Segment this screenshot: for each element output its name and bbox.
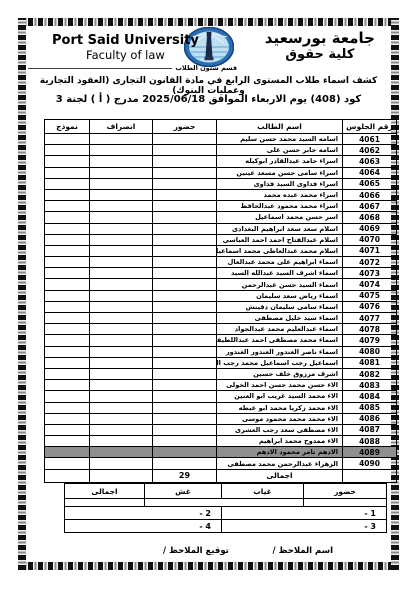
student-name-cell: اسراء حامد عبدالقادر ابوكيله xyxy=(217,156,343,167)
form-cell xyxy=(45,436,90,447)
departure-cell xyxy=(90,145,153,156)
student-name-cell: اسراء محمد عبده محمد xyxy=(217,189,343,200)
summary-header: حضور غياب غش اجمالى xyxy=(65,484,387,499)
departure-cell xyxy=(90,324,153,335)
student-name-cell: الاء ممدوح محمد ابراهيم xyxy=(217,436,343,447)
summary-table: حضور غياب غش اجمالى 1 - 2 - 3 - 4 - xyxy=(64,483,387,533)
total-row: اجمالى 29 xyxy=(45,469,397,482)
student-row: 4089الادهم تامر محمود الادهم xyxy=(45,447,397,458)
summary-col-attendance: حضور xyxy=(304,484,387,499)
form-cell xyxy=(45,391,90,402)
summary-empty-row xyxy=(65,499,387,507)
departure-cell xyxy=(90,368,153,379)
departure-cell xyxy=(90,212,153,223)
departure-cell xyxy=(90,402,153,413)
departure-cell xyxy=(90,380,153,391)
total-label: اجمالى xyxy=(217,469,343,482)
departure-cell xyxy=(90,357,153,368)
university-title-en: Port Said University xyxy=(52,33,199,48)
seat-number-cell: 4064 xyxy=(343,167,397,178)
form-cell xyxy=(45,424,90,435)
exam-session-info: كود (408) يوم الاربعاء الموافق 2025/06/1… xyxy=(24,94,393,105)
student-row: 4080اسماء ناصر الغندور الغندور الغندور xyxy=(45,346,397,357)
form-cell xyxy=(45,313,90,324)
col-form: نموذج xyxy=(45,120,90,134)
sheet-title: كشف اسماء طلاب المستوى الرابع في مادة ال… xyxy=(24,76,393,96)
total-form-cell xyxy=(45,469,90,482)
attendance-cell xyxy=(153,458,217,469)
form-cell xyxy=(45,178,90,189)
summary-total-value xyxy=(65,499,145,507)
summary-middle-value xyxy=(145,499,304,507)
department-divider: قسم شئون الطلاب xyxy=(28,64,240,72)
numbered-line-2: 2 - xyxy=(65,507,222,520)
form-cell xyxy=(45,223,90,234)
university-name-arabic: جامعة بورسعيد كلية حقوق xyxy=(265,29,375,63)
attendance-cell xyxy=(153,189,217,200)
departure-cell xyxy=(90,391,153,402)
form-cell xyxy=(45,234,90,245)
form-cell xyxy=(45,156,90,167)
university-title-ar: جامعة بورسعيد xyxy=(265,29,375,47)
student-row: 4061اسامه السيد محمد حسن سليم xyxy=(45,134,397,145)
student-row: 4087الاء مصطفى سعد رجب العشرى xyxy=(45,424,397,435)
departure-cell xyxy=(90,245,153,256)
student-row: 4064اسراء سامى حسن مسعد عينين xyxy=(45,167,397,178)
col-attendance: حضور xyxy=(153,120,217,134)
student-row: 4086الاء محمد محمد محمود موسى xyxy=(45,413,397,424)
departure-cell xyxy=(90,458,153,469)
attendance-sheet-page: جامعة بورسعيد كلية حقوق Port Said Univer… xyxy=(0,0,417,589)
seat-number-cell: 4079 xyxy=(343,335,397,346)
form-cell xyxy=(45,290,90,301)
form-cell xyxy=(45,402,90,413)
numbered-line-row: 3 - 4 - xyxy=(65,520,387,533)
form-cell xyxy=(45,346,90,357)
student-name-cell: الادهم تامر محمود الادهم xyxy=(217,447,343,458)
student-name-cell: اسلام عبدالفتاح احمد احمد العباسى xyxy=(217,234,343,245)
student-row: 4082اشرف مرزوق خلف حسين xyxy=(45,368,397,379)
attendance-cell xyxy=(153,324,217,335)
form-cell xyxy=(45,268,90,279)
seat-number-cell: 4082 xyxy=(343,368,397,379)
student-row: 4090الزهراء عبدالرحمن محمد مصطفى xyxy=(45,458,397,469)
departure-cell xyxy=(90,234,153,245)
student-row: 4070اسلام عبدالفتاح احمد احمد العباسى xyxy=(45,234,397,245)
form-cell xyxy=(45,357,90,368)
student-row: 4083الاء حسن محمد حسن احمد الخولى xyxy=(45,380,397,391)
seat-number-cell: 4069 xyxy=(343,223,397,234)
student-row: 4066اسراء محمد عبده محمد xyxy=(45,189,397,200)
attendance-cell xyxy=(153,391,217,402)
student-row: 4081اسماعيل رجب اسماعيل محمد رجب الزيات xyxy=(45,357,397,368)
attendance-cell xyxy=(153,223,217,234)
seat-number-cell: 4083 xyxy=(343,380,397,391)
departure-cell xyxy=(90,201,153,212)
numbered-line-row: 1 - 2 - xyxy=(65,507,387,520)
summary-col-total: اجمالى xyxy=(65,484,145,499)
student-row: 4077اسماء سيد خليل مصطفى xyxy=(45,313,397,324)
form-cell xyxy=(45,189,90,200)
departure-cell xyxy=(90,257,153,268)
student-name-cell: اسماء اشرف السيد عبدالله السيد xyxy=(217,268,343,279)
attendance-cell xyxy=(153,436,217,447)
summary-col-cheating: غش xyxy=(145,484,222,499)
faculty-title-ar: كلية حقوق xyxy=(265,47,375,63)
student-name-cell: الاء محمد السيد غريب ابو العنين xyxy=(217,391,343,402)
attendance-cell xyxy=(153,313,217,324)
students-table-header: رقم الجلوس اسم الطالب حضور انصراف نموذج xyxy=(45,120,397,134)
col-departure: انصراف xyxy=(90,120,153,134)
seat-number-cell: 4065 xyxy=(343,178,397,189)
departure-cell xyxy=(90,346,153,357)
attendance-cell xyxy=(153,134,217,145)
col-seat-number: رقم الجلوس xyxy=(343,120,397,134)
seat-number-cell: 4071 xyxy=(343,245,397,256)
student-name-cell: اسماء عبدالعليم محمد عبدالجواد xyxy=(217,324,343,335)
department-label: قسم شئون الطلاب xyxy=(172,64,240,72)
student-name-cell: اسماء رياض سعد سليمان xyxy=(217,290,343,301)
departure-cell xyxy=(90,189,153,200)
form-cell xyxy=(45,212,90,223)
seat-number-cell: 4076 xyxy=(343,301,397,312)
form-cell xyxy=(45,458,90,469)
seat-number-cell: 4072 xyxy=(343,257,397,268)
divider-line xyxy=(28,68,172,69)
student-name-cell: اسماء السيد حسن عبدالرحمن xyxy=(217,279,343,290)
student-row: 4067اسراء محمد محمود عبدالحافظ xyxy=(45,201,397,212)
attendance-cell xyxy=(153,447,217,458)
student-name-cell: اسلام محمد عبدالعاطى محمد اسماعيل xyxy=(217,245,343,256)
form-cell xyxy=(45,257,90,268)
attendance-cell xyxy=(153,402,217,413)
faculty-title-en: Faculty of law xyxy=(52,48,199,62)
student-row: 4076اسماء سامى سليمان دقينش xyxy=(45,301,397,312)
attendance-cell xyxy=(153,290,217,301)
student-row: 4069اسلام سعد سعد ابراهيم البغدادى xyxy=(45,223,397,234)
student-name-cell: اسراء سامى حسن مسعد عينين xyxy=(217,167,343,178)
attendance-cell xyxy=(153,279,217,290)
student-row: 4071اسلام محمد عبدالعاطى محمد اسماعيل xyxy=(45,245,397,256)
student-name-cell: اسماء ابراهيم على محمد عبدالعال xyxy=(217,257,343,268)
seat-number-cell: 4085 xyxy=(343,402,397,413)
departure-cell xyxy=(90,424,153,435)
form-cell xyxy=(45,167,90,178)
student-name-cell: الاء حسن محمد حسن احمد الخولى xyxy=(217,380,343,391)
departure-cell xyxy=(90,313,153,324)
student-name-cell: اسماء ناصر الغندور الغندور الغندور xyxy=(217,346,343,357)
student-name-cell: الاء محمد محمد محمود موسى xyxy=(217,413,343,424)
seat-number-cell: 4089 xyxy=(343,447,397,458)
student-row: 4079اسماء محمد مصطفى احمد عبداللطيف xyxy=(45,335,397,346)
student-row: 4072اسماء ابراهيم على محمد عبدالعال xyxy=(45,257,397,268)
university-name-english: Port Said University Faculty of law xyxy=(52,33,199,62)
student-row: 4084الاء محمد السيد غريب ابو العنين xyxy=(45,391,397,402)
observer-signature-label: توقيع الملاحظ / xyxy=(163,546,229,556)
student-name-cell: الاء محمد زكريا محمد ابو عيطه xyxy=(217,402,343,413)
total-seat-cell xyxy=(343,469,397,482)
attendance-cell xyxy=(153,245,217,256)
attendance-cell xyxy=(153,346,217,357)
form-cell xyxy=(45,324,90,335)
departure-cell xyxy=(90,167,153,178)
student-name-cell: اسامه السيد محمد حسن سليم xyxy=(217,134,343,145)
attendance-cell xyxy=(153,424,217,435)
student-row: 4085الاء محمد زكريا محمد ابو عيطه xyxy=(45,402,397,413)
departure-cell xyxy=(90,223,153,234)
total-attendance-count: 29 xyxy=(153,469,217,482)
seat-number-cell: 4067 xyxy=(343,201,397,212)
departure-cell xyxy=(90,447,153,458)
attendance-cell xyxy=(153,167,217,178)
attendance-cell xyxy=(153,357,217,368)
form-cell xyxy=(45,134,90,145)
attendance-cell xyxy=(153,368,217,379)
frame-border-top xyxy=(18,18,399,26)
form-cell xyxy=(45,201,90,212)
numbered-line-3: 3 - xyxy=(222,520,387,533)
departure-cell xyxy=(90,413,153,424)
seat-number-cell: 4078 xyxy=(343,324,397,335)
student-name-cell: اسماء سيد خليل مصطفى xyxy=(217,313,343,324)
attendance-cell xyxy=(153,380,217,391)
form-cell xyxy=(45,368,90,379)
attendance-cell xyxy=(153,212,217,223)
attendance-cell xyxy=(153,413,217,424)
student-name-cell: الزهراء عبدالرحمن محمد مصطفى xyxy=(217,458,343,469)
seat-number-cell: 4061 xyxy=(343,134,397,145)
student-row: 4074اسماء السيد حسن عبدالرحمن xyxy=(45,279,397,290)
attendance-cell xyxy=(153,335,217,346)
seat-number-cell: 4090 xyxy=(343,458,397,469)
departure-cell xyxy=(90,436,153,447)
student-row: 4068اسر حسن محمد اسماعيل xyxy=(45,212,397,223)
summary-attendance-value xyxy=(304,499,387,507)
seat-number-cell: 4080 xyxy=(343,346,397,357)
seat-number-cell: 4062 xyxy=(343,145,397,156)
departure-cell xyxy=(90,335,153,346)
student-row: 4073اسماء اشرف السيد عبدالله السيد xyxy=(45,268,397,279)
form-cell xyxy=(45,245,90,256)
seat-number-cell: 4087 xyxy=(343,424,397,435)
departure-cell xyxy=(90,301,153,312)
seat-number-cell: 4088 xyxy=(343,436,397,447)
student-name-cell: اسماء محمد مصطفى احمد عبداللطيف xyxy=(217,335,343,346)
student-name-cell: اسلام سعد سعد ابراهيم البغدادى xyxy=(217,223,343,234)
seat-number-cell: 4070 xyxy=(343,234,397,245)
seat-number-cell: 4073 xyxy=(343,268,397,279)
seat-number-cell: 4084 xyxy=(343,391,397,402)
seat-number-cell: 4075 xyxy=(343,290,397,301)
departure-cell xyxy=(90,268,153,279)
student-row: 4075اسماء رياض سعد سليمان xyxy=(45,290,397,301)
form-cell xyxy=(45,447,90,458)
student-name-cell: اسراء فداوى السيد فداوى xyxy=(217,178,343,189)
departure-cell xyxy=(90,156,153,167)
student-row: 4065اسراء فداوى السيد فداوى xyxy=(45,178,397,189)
seat-number-cell: 4066 xyxy=(343,189,397,200)
form-cell xyxy=(45,301,90,312)
seat-number-cell: 4068 xyxy=(343,212,397,223)
seat-number-cell: 4074 xyxy=(343,279,397,290)
departure-cell xyxy=(90,279,153,290)
departure-cell xyxy=(90,134,153,145)
form-cell xyxy=(45,335,90,346)
attendance-cell xyxy=(153,268,217,279)
form-cell xyxy=(45,145,90,156)
seat-number-cell: 4086 xyxy=(343,413,397,424)
summary-col-absence: غياب xyxy=(222,484,304,499)
student-row: 4088الاء ممدوح محمد ابراهيم xyxy=(45,436,397,447)
departure-cell xyxy=(90,290,153,301)
form-cell xyxy=(45,380,90,391)
departure-cell xyxy=(90,178,153,189)
observer-name-label: اسم الملاحظ / xyxy=(273,546,333,556)
student-name-cell: اسر حسن محمد اسماعيل xyxy=(217,212,343,223)
total-departure-cell xyxy=(90,469,153,482)
numbered-line-4: 4 - xyxy=(65,520,222,533)
form-cell xyxy=(45,279,90,290)
seat-number-cell: 4077 xyxy=(343,313,397,324)
numbered-line-1: 1 - xyxy=(222,507,387,520)
students-table: رقم الجلوس اسم الطالب حضور انصراف نموذج … xyxy=(44,119,397,483)
attendance-cell xyxy=(153,234,217,245)
student-name-cell: اشرف مرزوق خلف حسين xyxy=(217,368,343,379)
attendance-cell xyxy=(153,178,217,189)
seat-number-cell: 4081 xyxy=(343,357,397,368)
seat-number-cell: 4063 xyxy=(343,156,397,167)
student-name-cell: اسماء سامى سليمان دقينش xyxy=(217,301,343,312)
frame-border-bottom xyxy=(18,562,399,570)
student-row: 4063اسراء حامد عبدالقادر ابوكيله xyxy=(45,156,397,167)
student-name-cell: اسراء محمد محمود عبدالحافظ xyxy=(217,201,343,212)
form-cell xyxy=(45,413,90,424)
attendance-cell xyxy=(153,145,217,156)
attendance-cell xyxy=(153,257,217,268)
attendance-cell xyxy=(153,156,217,167)
student-name-cell: اسامه جابر حسن على xyxy=(217,145,343,156)
attendance-cell xyxy=(153,301,217,312)
student-row: 4062اسامه جابر حسن على xyxy=(45,145,397,156)
attendance-cell xyxy=(153,201,217,212)
student-row: 4078اسماء عبدالعليم محمد عبدالجواد xyxy=(45,324,397,335)
col-student-name: اسم الطالب xyxy=(217,120,343,134)
student-name-cell: اسماعيل رجب اسماعيل محمد رجب الزيات xyxy=(217,357,343,368)
student-name-cell: الاء مصطفى سعد رجب العشرى xyxy=(217,424,343,435)
